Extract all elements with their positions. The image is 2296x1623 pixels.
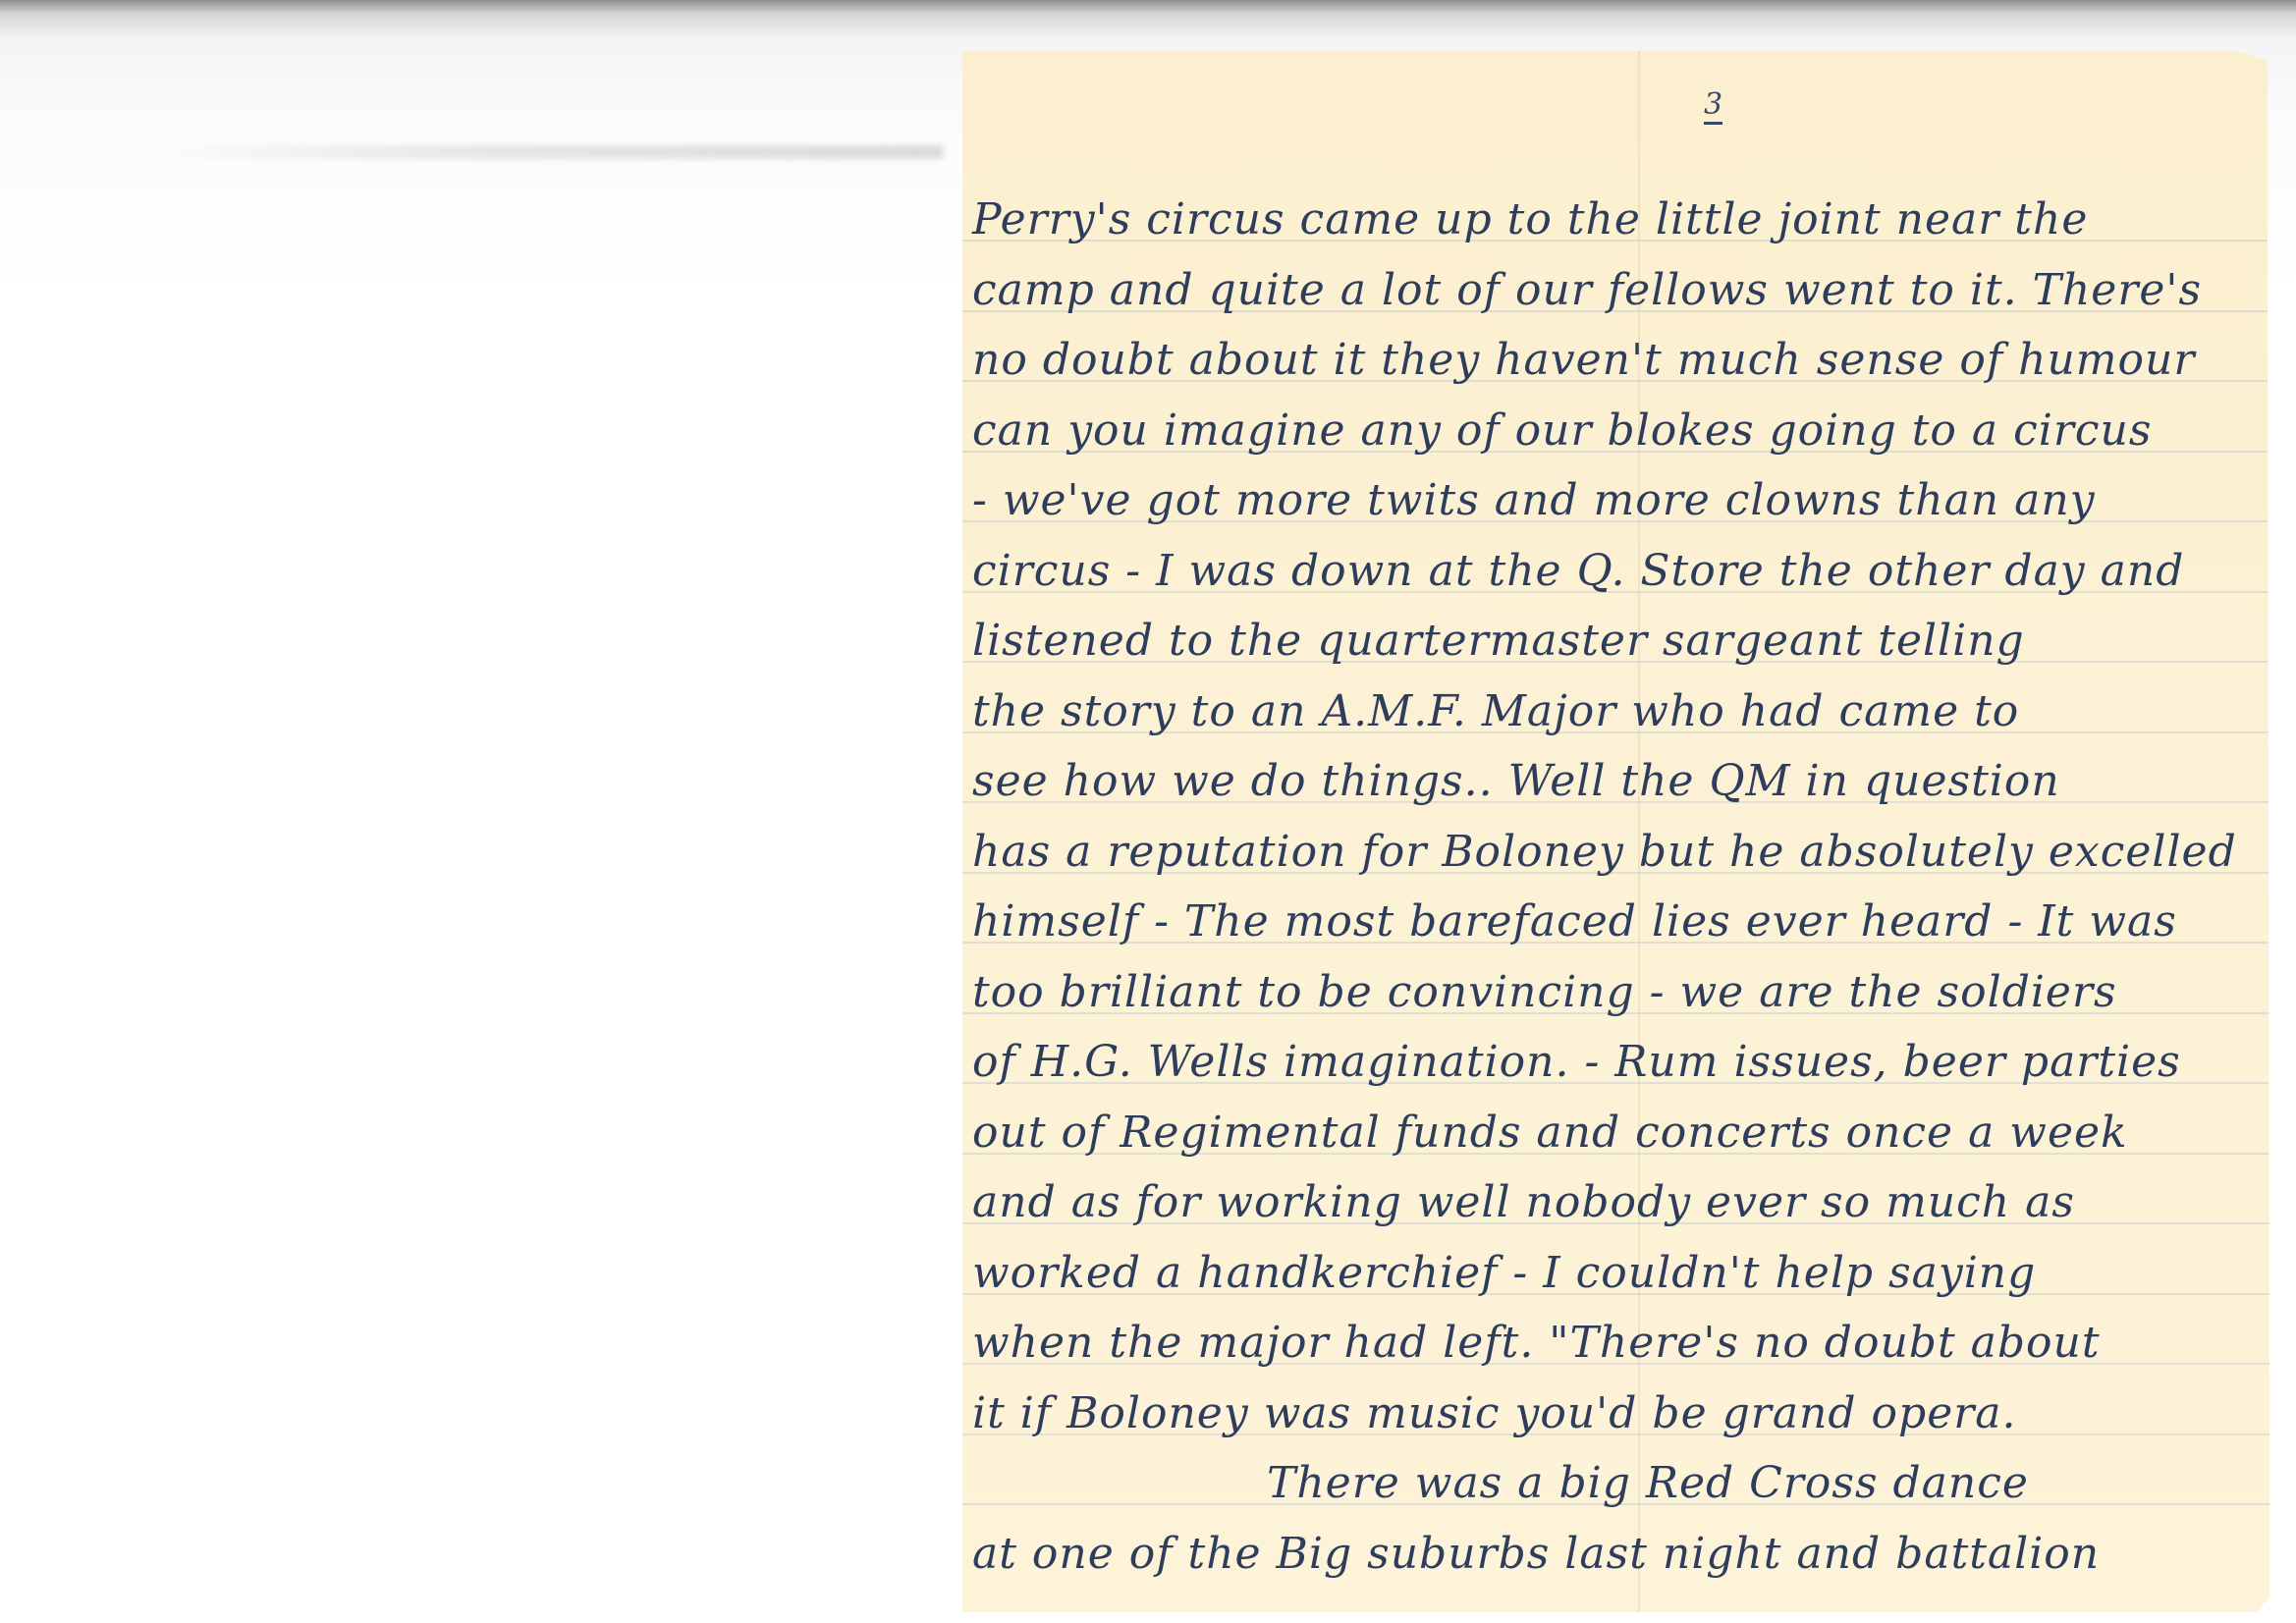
letter-line: out of Regimental funds and concerts onc… xyxy=(972,1111,2128,1155)
letter-page: 3 Perry's circus came up to the little j… xyxy=(962,51,2276,1612)
letter-line: too brilliant to be convincing - we are … xyxy=(972,971,2117,1014)
letter-line: Perry's circus came up to the little joi… xyxy=(972,198,2088,242)
letter-line: can you imagine any of our blokes going … xyxy=(972,409,2152,453)
letter-line: worked a handkerchief - I couldn't help … xyxy=(972,1252,2036,1295)
letter-line: and as for working well nobody ever so m… xyxy=(972,1181,2075,1224)
letter-line: - we've got more twits and more clowns t… xyxy=(972,479,2096,522)
letter-line: of H.G. Wells imagination. - Rum issues,… xyxy=(972,1041,2181,1084)
letter-line: the story to an A.M.F. Major who had cam… xyxy=(972,690,2019,733)
letter-line: when the major had left. "There's no dou… xyxy=(972,1322,2101,1365)
letter-line: has a reputation for Boloney but he abso… xyxy=(972,831,2237,874)
letter-line: listened to the quartermaster sargeant t… xyxy=(972,620,2025,663)
letter-line: no doubt about it they haven't much sens… xyxy=(972,339,2195,382)
letter-line: himself - The most barefaced lies ever h… xyxy=(972,900,2177,944)
letter-line-indented: There was a big Red Cross dance xyxy=(1267,1462,2029,1505)
letter-line: it if Boloney was music you'd be grand o… xyxy=(972,1392,2017,1435)
letter-line: at one of the Big suburbs last night and… xyxy=(972,1533,2100,1576)
letter-line: camp and quite a lot of our fellows went… xyxy=(972,269,2202,312)
letter-line: see how we do things.. Well the QM in qu… xyxy=(972,760,2060,803)
letter-line: circus - I was down at the Q. Store the … xyxy=(972,550,2184,593)
scanner-smudge xyxy=(157,145,943,159)
page-number: 3 xyxy=(1704,90,1722,125)
